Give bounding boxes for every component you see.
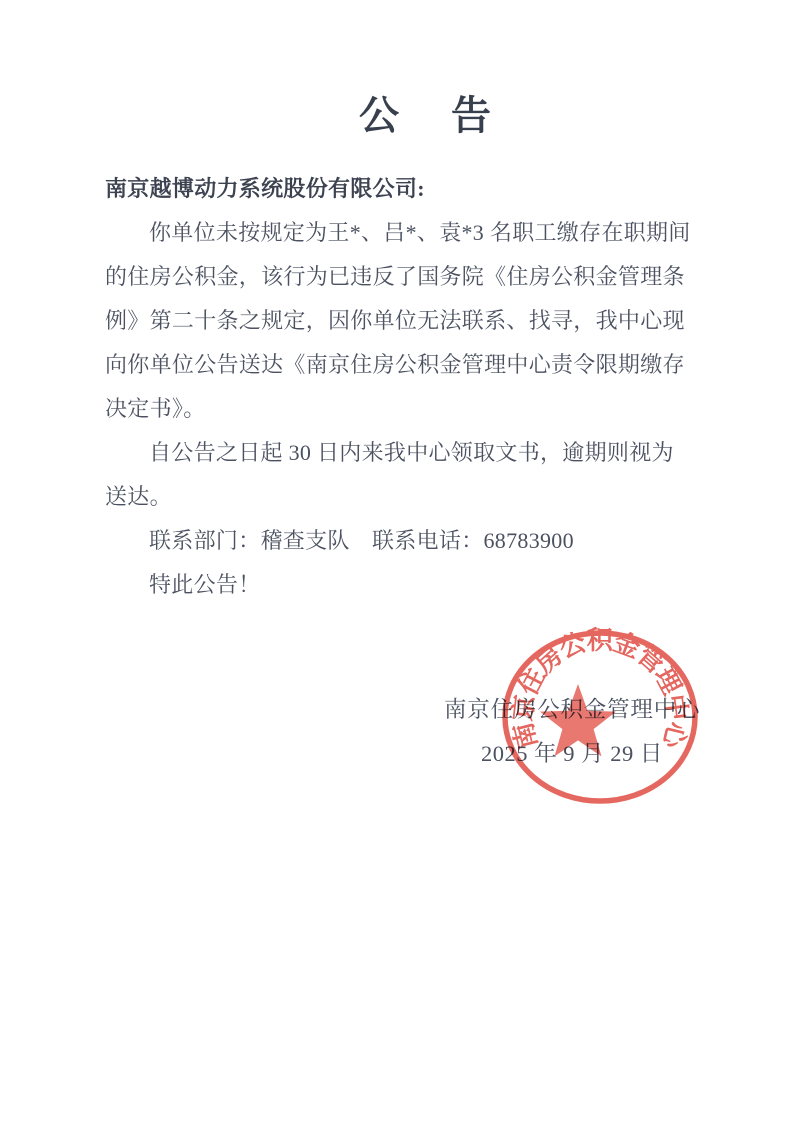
paragraph1-line2: 的住房公积金，该行为已违反了国务院《住房公积金管理条: [105, 255, 745, 299]
document-page: 公 告 南京越博动力系统股份有限公司: 你单位未按规定为王*、吕*、袁*3 名职…: [0, 0, 800, 1141]
contact-line: 联系部门：稽查支队 联系电话：68783900: [105, 519, 745, 563]
paragraph2-line1: 自公告之日起 30 日内来我中心领取文书，逾期则视为: [105, 431, 745, 475]
page-title: 公 告: [28, 84, 800, 141]
paragraph1-line5: 决定书》。: [105, 387, 745, 431]
paragraph1-line1: 你单位未按规定为王*、吕*、袁*3 名职工缴存在职期间: [105, 211, 745, 255]
closing-line: 特此公告！: [105, 563, 745, 607]
seal-star-icon: [540, 684, 616, 756]
paragraph1-line3: 例》第二十条之规定，因你单位无法联系、找寻，我中心现: [105, 299, 745, 343]
paragraph1-line4: 向你单位公告送达《南京住房公积金管理中心责令限期缴存: [105, 343, 745, 387]
paragraph2-line2: 送达。: [105, 475, 745, 519]
official-seal-stamp: 南京住房公积金管理中心: [480, 610, 720, 815]
addressee-line: 南京越博动力系统股份有限公司:: [105, 167, 745, 211]
document-body: 南京越博动力系统股份有限公司: 你单位未按规定为王*、吕*、袁*3 名职工缴存在…: [105, 167, 745, 607]
seal-arc-text: 南京住房公积金管理中心: [507, 625, 692, 752]
